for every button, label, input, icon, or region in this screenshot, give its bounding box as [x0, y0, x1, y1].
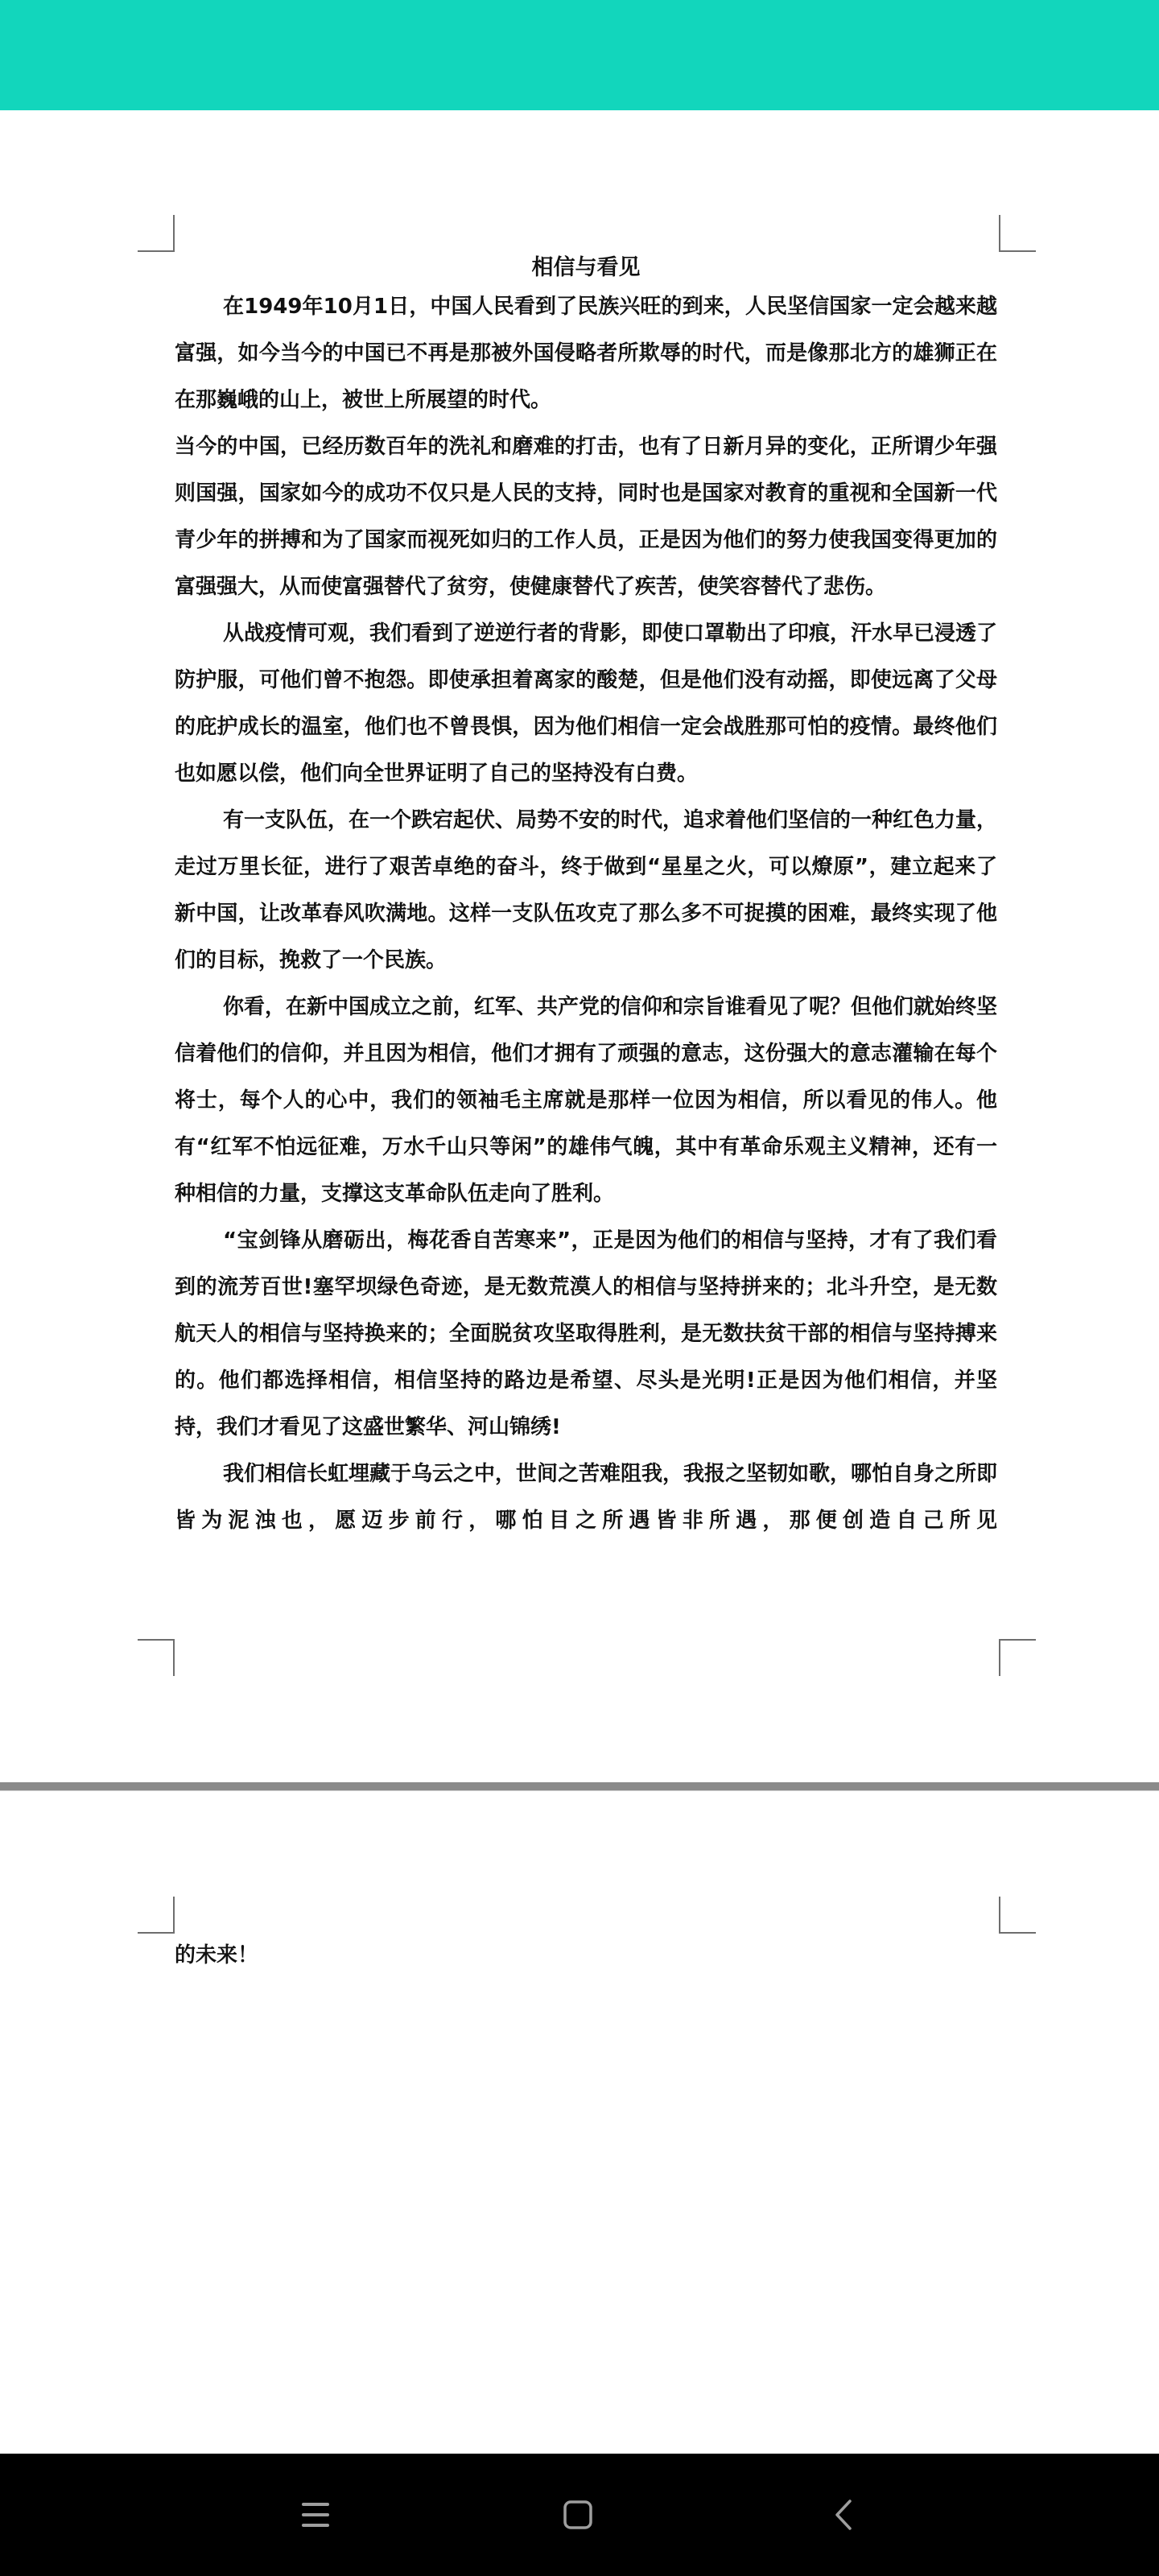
crop-mark-bottom-right — [999, 1639, 1036, 1676]
paragraph: 你看，在新中国成立之前，红军、共产党的信仰和宗旨谁看见了呢？但他们就始终坚信着他… — [175, 984, 997, 1217]
home-button[interactable] — [530, 2454, 626, 2576]
crop-mark-top-right — [999, 215, 1036, 252]
back-button[interactable] — [795, 2454, 892, 2576]
document-body: 的未来！ — [175, 1932, 997, 1979]
document-page-1: 相信与看见 在1949年10月1日，中国人民看到了民族兴旺的到来，人民坚信国家一… — [0, 110, 1159, 1782]
system-navigation-bar — [0, 2454, 1159, 2576]
document-page-2: 的未来！ — [0, 1791, 1159, 2454]
crop-mark-top-left — [138, 1897, 175, 1934]
page-separator — [0, 1782, 1159, 1791]
paragraph: 当今的中国，已经历数百年的洗礼和磨难的打击，也有了日新月异的变化，正所谓少年强则… — [175, 423, 997, 610]
document-viewer[interactable]: 相信与看见 在1949年10月1日，中国人民看到了民族兴旺的到来，人民坚信国家一… — [0, 110, 1159, 2454]
recent-apps-button[interactable] — [267, 2454, 364, 2576]
document-title: 相信与看见 — [175, 252, 997, 284]
menu-lines-icon — [302, 2503, 329, 2527]
paragraph: 从战疫情可观，我们看到了逆逆行者的背影，即使口罩勒出了印痕，汗水早已浸透了防护服… — [175, 610, 997, 797]
paragraph: 在1949年10月1日，中国人民看到了民族兴旺的到来，人民坚信国家一定会越来越富… — [175, 283, 997, 423]
back-chevron-icon — [835, 2500, 852, 2530]
paragraph: “宝剑锋从磨砺出，梅花香自苦寒来”，正是因为他们的相信与坚持，才有了我们看到的流… — [175, 1217, 997, 1451]
paragraph: 有一支队伍，在一个跌宕起伏、局势不安的时代，追求着他们坚信的一种红色力量，走过万… — [175, 797, 997, 984]
home-square-icon — [563, 2500, 592, 2529]
document-body: 在1949年10月1日，中国人民看到了民族兴旺的到来，人民坚信国家一定会越来越富… — [175, 283, 997, 1544]
crop-mark-top-right — [999, 1897, 1036, 1934]
crop-mark-bottom-left — [138, 1639, 175, 1676]
app-header-bar — [0, 0, 1159, 110]
paragraph: 的未来！ — [175, 1932, 997, 1979]
crop-mark-top-left — [138, 215, 175, 252]
paragraph: 我们相信长虹埋藏于乌云之中，世间之苦难阻我，我报之坚韧如歌，哪怕自身之所即皆为泥… — [175, 1451, 997, 1544]
